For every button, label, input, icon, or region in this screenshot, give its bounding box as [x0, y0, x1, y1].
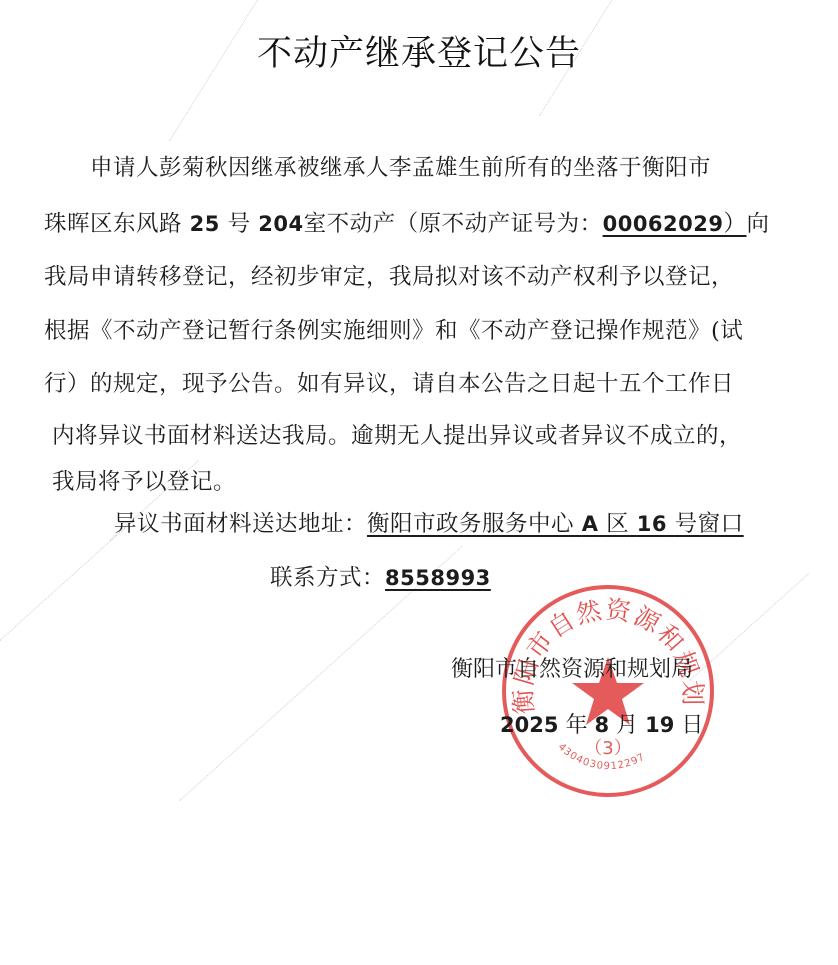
issuer-name: 衡阳市自然资源和规划局 [451, 652, 693, 683]
hao-label: 号 [228, 211, 251, 237]
contact-phone: 8558993 [385, 566, 491, 590]
contact-label: 联系方式： [270, 565, 385, 591]
seal-graphic: 衡阳市自然资源和规划局 （3） 4304030912297 [506, 589, 710, 793]
address-value: 衡阳市政务服务中心 A 区 16 号窗口 [367, 511, 744, 537]
body-line-2: 珠晖区东风路 25 号 204室不动产（原不动产证号为：00062029）向 [44, 206, 770, 238]
address-window-number: 16 [637, 512, 667, 536]
cert-close-paren: ） [724, 211, 747, 237]
body-line-5: 行）的规定，现予公告。如有异议，请自本公告之日起十五个工作日 [44, 366, 734, 398]
body-line-1: 申请人彭菊秋因继承被继承人李孟雄生前所有的坐落于衡阳市 [90, 150, 711, 182]
cert-prefix: 室不动产（原不动产证号为： [304, 211, 603, 237]
address-window-label: 号窗口 [675, 511, 744, 537]
line2-suffix: 向 [747, 211, 770, 237]
room-number: 204 [258, 212, 303, 236]
body-line-3: 我局申请转移登记，经初步审定，我局拟对该不动产权利予以登记， [44, 259, 734, 291]
address-label: 异议书面材料送达地址： [114, 511, 367, 537]
date-year: 2025 [500, 713, 558, 737]
date-day-label: 日 [681, 713, 703, 738]
road-prefix: 珠晖区东风路 [44, 211, 182, 237]
address-zone-label: 区 [606, 511, 629, 537]
date-month: 8 [594, 713, 609, 737]
body-line-6: 内将异议书面材料送达我局。逾期无人提出异议或者异议不成立的， [52, 418, 742, 450]
issue-date: 2025 年 8 月 19 日 [500, 708, 703, 739]
date-day: 19 [645, 713, 674, 737]
date-year-label: 年 [565, 713, 587, 738]
address-center: 衡阳市政务服务中心 [367, 511, 574, 537]
contact-line: 联系方式：8558993 [270, 560, 491, 592]
date-month-label: 月 [616, 713, 638, 738]
road-number: 25 [190, 212, 220, 236]
svg-text:（3）: （3） [584, 738, 631, 759]
document-title: 不动产继承登记公告 [0, 26, 838, 76]
official-seal: 衡阳市自然资源和规划局 （3） 4304030912297 [502, 585, 714, 797]
address-line: 异议书面材料送达地址：衡阳市政务服务中心 A 区 16 号窗口 [114, 506, 744, 538]
certificate-number: 00062029 [603, 212, 724, 236]
address-zone: A [582, 512, 599, 536]
body-line-7: 我局将予以登记。 [52, 464, 236, 496]
body-line-4: 根据《不动产登记暂行条例实施细则》和《不动产登记操作规范》(试 [44, 313, 743, 345]
